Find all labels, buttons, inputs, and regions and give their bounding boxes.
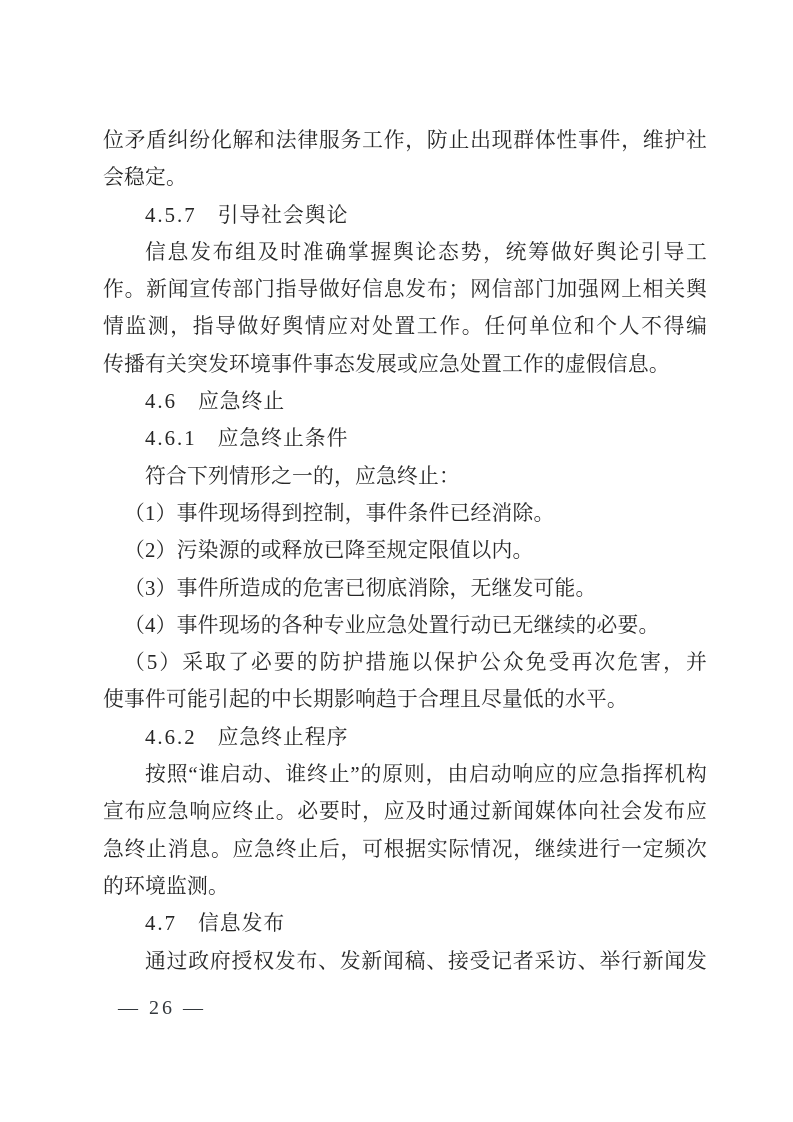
text-line: 作。新闻宣传部门指导做好信息发布；网信部门加强网上相关舆: [103, 271, 707, 308]
document-page: 位矛盾纠纷化解和法律服务工作，防止出现群体性事件，维护社会稳定。4.5.7引导社…: [0, 0, 793, 1122]
text-line: （1）事件现场得到控制，事件条件已经消除。: [103, 495, 707, 532]
document-body: 位矛盾纠纷化解和法律服务工作，防止出现群体性事件，维护社会稳定。4.5.7引导社…: [103, 122, 707, 980]
section-heading: 4.7信息发布: [103, 905, 707, 942]
section-title: 应急终止程序: [218, 726, 349, 749]
text-line: 符合下列情形之一的，应急终止：: [103, 458, 707, 495]
text-line: 传播有关突发环境事件事态发展或应急处置工作的虚假信息。: [103, 346, 707, 383]
text-line: 位矛盾纠纷化解和法律服务工作，防止出现群体性事件，维护社: [103, 122, 707, 159]
section-number: 4.6.1: [145, 427, 197, 450]
text-line: 会稳定。: [103, 159, 707, 196]
text-line: 宣布应急响应终止。必要时，应及时通过新闻媒体向社会发布应: [103, 793, 707, 830]
text-line: 情监测，指导做好舆情应对处置工作。任何单位和个人不得编造、: [103, 308, 707, 345]
text-line: （5）采取了必要的防护措施以保护公众免受再次危害，并: [103, 644, 707, 681]
text-line: 的环境监测。: [103, 868, 707, 905]
section-title: 应急终止条件: [218, 427, 349, 450]
section-title: 信息发布: [198, 912, 285, 935]
section-heading: 4.6.2应急终止程序: [103, 719, 707, 756]
text-line: （2）污染源的或释放已降至规定限值以内。: [103, 532, 707, 569]
section-number: 4.6.2: [145, 726, 197, 749]
section-number: 4.6: [145, 390, 177, 413]
section-number: 4.5.7: [145, 204, 197, 227]
text-line: 通过政府授权发布、发新闻稿、接受记者采访、举行新闻发: [103, 943, 707, 980]
section-title: 应急终止: [198, 390, 285, 413]
section-title: 引导社会舆论: [218, 204, 349, 227]
section-number: 4.7: [145, 912, 177, 935]
text-line: 急终止消息。应急终止后，可根据实际情况，继续进行一定频次: [103, 831, 707, 868]
section-heading: 4.6.1应急终止条件: [103, 420, 707, 457]
text-line: 信息发布组及时准确掌握舆论态势，统筹做好舆论引导工: [103, 234, 707, 271]
text-line: （4）事件现场的各种专业应急处置行动已无继续的必要。: [103, 607, 707, 644]
text-line: 使事件可能引起的中长期影响趋于合理且尽量低的水平。: [103, 681, 707, 718]
section-heading: 4.6应急终止: [103, 383, 707, 420]
text-line: 按照“谁启动、谁终止”的原则，由启动响应的应急指挥机构: [103, 756, 707, 793]
text-line: （3）事件所造成的危害已彻底消除，无继发可能。: [103, 570, 707, 607]
page-number: — 26 —: [118, 990, 206, 1027]
section-heading: 4.5.7引导社会舆论: [103, 197, 707, 234]
